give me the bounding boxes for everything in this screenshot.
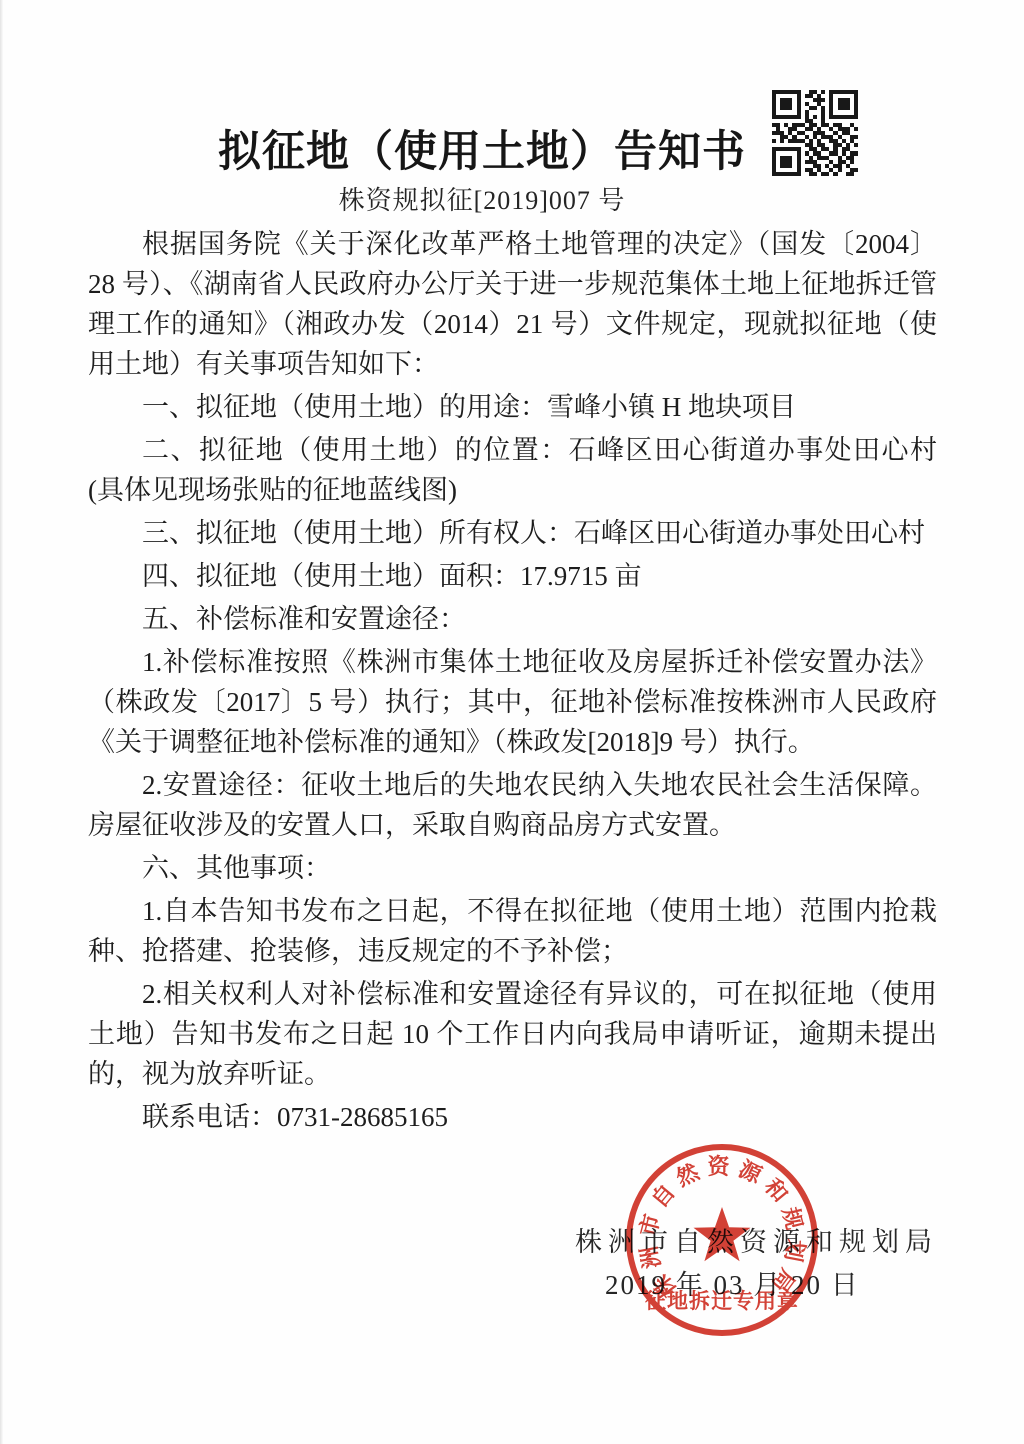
paragraph-item-5-2: 2.安置途径：征收土地后的失地农民纳入失地农民社会生活保障。房屋征收涉及的安置人… (88, 765, 937, 845)
document-number: 株资规拟征[2019]007 号 (0, 180, 964, 217)
paragraph-item-6: 六、其他事项： (88, 848, 937, 888)
paragraph-item-5: 五、补偿标准和安置途径： (88, 599, 937, 639)
paragraph-item-3: 三、拟征地（使用土地）所有权人：石峰区田心街道办事处田心村 (88, 513, 937, 553)
paragraph-item-1: 一、拟征地（使用土地）的用途：雪峰小镇 H 地块项目 (88, 387, 937, 427)
contact-phone: 联系电话：0731-28685165 (88, 1097, 937, 1137)
document-page: 拟征地（使用土地）告知书 株资规拟征[2019]007 号 根据国务院《关于深化… (0, 0, 1024, 1444)
paragraph-intro: 根据国务院《关于深化改革严格土地管理的决定》（国发〔2004〕28 号）、《湖南… (88, 224, 937, 384)
seal-star-icon (694, 1207, 751, 1261)
seal-bottom-text: 征地拆迁专用章 (645, 1289, 799, 1313)
paragraph-item-6-2: 2.相关权利人对补偿标准和安置途径有异议的，可在拟征地（使用土地）告知书发布之日… (88, 974, 937, 1094)
paragraph-item-4: 四、拟征地（使用土地）面积：17.9715 亩 (88, 556, 937, 596)
document-body: 根据国务院《关于深化改革严格土地管理的决定》（国发〔2004〕28 号）、《湖南… (88, 224, 937, 1140)
paragraph-item-6-1: 1.自本告知书发布之日起，不得在拟征地（使用土地）范围内抢栽种、抢搭建、抢装修，… (88, 891, 937, 971)
qr-code-icon (772, 90, 858, 176)
paragraph-item-5-1: 1.补偿标准按照《株洲市集体土地征收及房屋拆迁补偿安置办法》（株政发〔2017〕… (88, 642, 937, 762)
paragraph-item-2: 二、拟征地（使用土地）的位置：石峰区田心街道办事处田心村 (具体见现场张贴的征地… (88, 430, 937, 510)
official-seal: 株洲市自然资源和规划局 征地拆迁专用章 (622, 1140, 822, 1340)
